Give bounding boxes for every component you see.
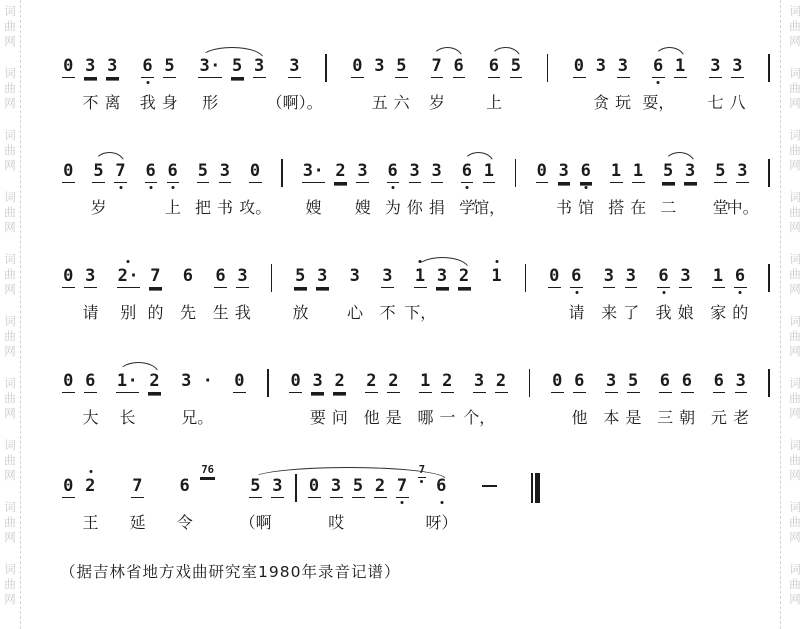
note-digit: 1 [632,161,645,183]
watermark-char: 网 [787,468,803,483]
note-digit: 6 [713,371,726,393]
watermark-char: 曲 [787,267,803,282]
lyric: 哎 [328,514,344,532]
note: 5二 [662,161,675,185]
note-digit: 1 [712,266,725,288]
lyric: 生 [213,304,229,322]
slur-group: 6耍，1 [652,56,687,80]
watermark-char: 曲 [2,19,18,34]
note: 1 [674,56,687,80]
note-group: 5堂3中。 [714,161,749,185]
note-group: 6先 [182,266,195,290]
watermark-char: 曲 [2,143,18,158]
note-digit: 2 [374,476,387,498]
lyric: 捐 [429,199,445,217]
note-digit: 6 [435,476,448,497]
note-group: 5把3书 [197,161,232,185]
lyric: 朝 [679,409,695,427]
note: 7 [114,161,127,185]
lyric: 的 [732,304,748,322]
note: 3来 [603,266,616,290]
note-digit: 6 [84,371,97,393]
note-digit: 3 [736,161,749,183]
watermark-char: 词 [787,376,803,391]
high-octave-dot [495,260,498,263]
note: 2 [495,371,508,395]
note-group: 06请 [548,266,583,290]
note: 6生 [214,266,227,290]
note-digit: 5 [163,56,176,78]
note-digit: 7 [396,476,409,498]
note-digit: 5 [197,161,210,183]
note: 2问 [333,371,346,395]
lyric: 延 [130,514,146,532]
note: 2 [458,266,471,290]
note-group [766,56,772,82]
watermark-char: 网 [2,406,18,421]
note-group [766,266,772,292]
note: 3离 [106,56,119,80]
note-group: 3个，2 [473,371,508,395]
note-digit: 3 [236,266,249,288]
low-octave-dot [391,186,394,189]
note-group: 5放3 [294,266,329,290]
lyric: 形 [202,94,218,112]
note-digit: 6 [659,371,672,393]
note: 3请 [84,266,97,290]
grace-notes: 76 [200,464,215,478]
watermark-gap [787,421,803,438]
lyric: 岁 [429,94,445,112]
grace-note-digits: 76 [200,464,215,478]
rest-note: 0 [62,161,75,185]
note: 3七 [709,56,722,80]
note: 5放 [294,266,307,290]
lyric: 馆 [578,199,594,217]
note-digit: 3 [409,161,422,183]
note: 6请 [570,266,583,290]
note-digit: 1 [414,266,427,288]
note-group: 6我5身 [141,56,176,80]
note: 6 [452,56,465,80]
note-group: 03五5六 [351,56,408,80]
watermark-gap [2,173,18,190]
note-digit: 3 [253,56,266,78]
high-octave-dot [419,260,422,263]
watermark-char: 词 [2,128,18,143]
note-digit: 2 [441,371,454,393]
slur-group: 5二3 [662,161,697,185]
note-digit: 0 [233,371,246,393]
note-group: 6令76 [178,476,215,500]
note: 3·嫂 [302,161,325,185]
note: 3书 [219,161,232,185]
note: 1·长 [116,371,139,395]
slur-group: 1下，32 [414,266,471,290]
watermark-gap [787,545,803,562]
note: 3 [271,476,284,500]
watermark-char: 网 [787,592,803,607]
watermark-char: 曲 [2,329,18,344]
watermark-char: 曲 [2,205,18,220]
note: 6令 [178,476,191,500]
watermark-char: 网 [2,282,18,297]
note-digit: 5 [92,161,105,183]
note: 3了 [625,266,638,290]
system-4: 06大1·长23 ·兄。003要2问2他2是1哪2一3个，206他3本5是6三6… [62,371,772,427]
watermark-char: 词 [787,128,803,143]
note-digit: 5 [510,56,523,78]
barline [325,54,327,82]
note-digit: 7 [114,161,127,183]
note-group: 3 ·兄。 [180,371,214,395]
note-digit: 0 [308,476,321,498]
lyric: 搭 [608,199,624,217]
lyric: 一 [439,409,455,427]
watermark-gap [787,483,803,500]
note-group: 3来3了 [603,266,638,290]
note-digit: 6 [453,56,466,78]
lyric: 上 [486,94,502,112]
low-octave-dot [401,501,404,504]
watermark-char: 曲 [787,515,803,530]
note-digit: 6 [488,56,501,78]
watermark-char: 曲 [787,19,803,34]
note-group: 06大 [62,371,97,395]
note-digit: 3 [349,266,362,287]
watermark-char: 曲 [787,391,803,406]
note: 6朝 [681,371,694,395]
note: 2是 [387,371,400,395]
note-digit: 6 [461,161,474,183]
system-1: 03不3离6我5身3·形533（啊）。03五5六7岁66上503贪3玩6耍，13… [62,56,772,112]
note: 3 [684,161,697,185]
watermark-char: 词 [787,438,803,453]
note-group [279,161,285,187]
note-group: 03书6馆 [536,161,593,185]
note: 3·形 [198,56,221,80]
slur-group: 3·形53 [198,56,265,80]
note-group: 6我3娘 [657,266,692,290]
watermark-char: 词 [787,562,803,577]
low-octave-dot [575,291,578,294]
rest-note: 0攻。 [249,161,262,185]
note-digit: 2 [334,161,347,183]
note-digit: 5 [249,476,262,498]
note: 1在 [632,161,645,185]
sheet-music-page: 词曲网词曲网词曲网词曲网词曲网词曲网词曲网词曲网词曲网词曲网 词曲网词曲网词曲网… [0,0,806,629]
note: 3不 [381,266,394,290]
note-digit: 1 [490,266,503,287]
slur-group: 5岁7 [92,161,127,185]
note-group [482,476,497,487]
note-group [527,371,533,397]
note-digit: 6 [573,371,586,393]
note-digit: 3 [316,266,329,288]
watermark-char: 曲 [787,577,803,592]
note: 1家 [712,266,725,290]
note-digit: 6 [178,476,191,497]
note-digit: 6 [570,266,583,288]
rest-note: 0 [62,371,75,395]
barline [281,159,283,187]
low-octave-dot [585,186,588,189]
note: 1哪 [419,371,432,395]
note: 6馆 [580,161,593,185]
slur-group: 5（啊303哎52776呀） [249,476,448,502]
barline [525,264,527,292]
lyric: 岁 [91,199,107,217]
note-group [523,266,529,292]
note-digit: 5 [231,56,244,78]
lyric: 请 [569,304,585,322]
watermark-gap [787,49,803,66]
note-digit: 3 [271,476,284,498]
barline [768,369,770,397]
note-digit: 3 [558,161,571,183]
note-digit: 3· [302,161,325,183]
lyric: 书 [217,199,233,217]
watermark-char: 词 [2,252,18,267]
note-digit: 3 [603,266,616,288]
lyric: 耍， [642,94,674,112]
note: 2王 [84,476,97,500]
note: 3 [436,266,449,290]
rest-note: 0 [308,476,321,500]
note: 3心 [349,266,362,290]
note-digit: 5 [352,476,365,498]
lyric: 问 [332,409,348,427]
note: 5堂 [714,161,727,185]
lyric: 嫂 [355,199,371,217]
note: 3 [316,266,329,290]
lyric: （啊 [240,514,272,532]
note-digit: 2· [117,266,140,288]
watermark-char: 网 [2,34,18,49]
lyric: 是 [625,409,641,427]
watermark-char: 词 [2,4,18,19]
lyric: 二 [660,199,676,217]
watermark-gap [787,111,803,128]
note-digit: 5 [627,371,640,393]
note: 6的 [734,266,747,290]
lyric: 我 [235,304,251,322]
barline [267,369,269,397]
note-group: 03贪3玩 [573,56,630,80]
note: 3（啊）。 [288,56,301,80]
rest-note: 0 [62,56,75,80]
note: 6我 [141,56,154,80]
lyric: 请 [82,304,98,322]
left-dashed-border [20,0,21,629]
note-group: 3·嫂23嫂 [302,161,369,185]
note-group: 2·别7的 [117,266,162,290]
rest-note: 0 [536,161,549,185]
note-digit: 1 [419,371,432,393]
low-octave-dot [662,291,665,294]
lyric: 来 [601,304,617,322]
barline [547,54,549,82]
note: 6三 [659,371,672,395]
rest-note: 0 [548,266,561,290]
system-5: 02王7延6令765（啊303哎52776呀） [62,476,540,532]
rest-note: 0 [551,371,564,395]
low-octave-dot [440,501,443,504]
note: 5 [510,56,523,80]
watermark-char: 网 [787,530,803,545]
note-digit: 3 [595,56,608,77]
note-group: 6元3老 [712,371,747,395]
note: 2 [334,161,347,185]
note: 2他 [365,371,378,395]
lyric: 他 [572,409,588,427]
note-digit: 2 [495,371,508,393]
note-digit: 2 [333,371,346,393]
lyric: 五 [372,94,388,112]
lyric: 不 [380,304,396,322]
lyric: 玩 [615,94,631,112]
lyric: 你 [407,199,423,217]
note-group: 1 [490,266,503,290]
watermark-char: 网 [2,530,18,545]
note-digit: 0 [62,476,75,498]
lyric: 老 [733,409,749,427]
note-group: 7延 [131,476,144,500]
note-digit: 3 [625,266,638,288]
watermark-char: 曲 [787,205,803,220]
note: 6为 [386,161,399,185]
lyric: 娘 [678,304,694,322]
watermark-char: 词 [787,190,803,205]
lyric: 长 [120,409,136,427]
watermark-char: 词 [2,500,18,515]
note: 2 [148,371,161,395]
lyric: 元 [711,409,727,427]
note-group: 6三6朝 [659,371,694,395]
note-digit: 6 [652,56,665,78]
note: 2一 [441,371,454,395]
note: 7岁 [430,56,443,80]
note: 3个， [473,371,486,395]
note-digit: 6 [167,161,180,183]
barline [768,54,770,82]
rest-note: 0 [62,266,75,290]
watermark-gap [2,421,18,438]
note-group [766,371,772,397]
note-digit: 3 [473,371,486,393]
note-group: 3不 [381,266,394,290]
note-digit: 1· [116,371,139,393]
note: 3娘 [679,266,692,290]
low-octave-dot [466,186,469,189]
watermark-gap [2,545,18,562]
note: 3要 [311,371,324,395]
watermark-char: 曲 [787,329,803,344]
note-digit: 3 [605,371,618,393]
note-group: 66上 [144,161,179,185]
note-digit: 5 [662,161,675,183]
final-barline [531,473,540,503]
note: 3书 [558,161,571,185]
note: 1搭 [610,161,623,185]
lyric: 我 [140,94,156,112]
note: 2·别 [117,266,140,290]
note-digit: 3 [731,56,744,78]
slur-group: 1·长2 [116,371,161,395]
note: 5 [352,476,365,500]
note-digit: 3 [288,56,301,78]
note-digit: 3 · [180,371,214,392]
note-digit: 5 [714,161,727,183]
note: 6元 [712,371,725,395]
note: 6大 [84,371,97,395]
grace-notes: 7 [418,464,426,483]
note: 3老 [734,371,747,395]
note-group [513,161,519,187]
watermark-gap [787,607,803,624]
watermark-char: 曲 [2,391,18,406]
rest-note: 0 [233,371,246,395]
note-digit: 3 [219,161,232,183]
watermark-char: 网 [2,592,18,607]
watermark-char: 网 [2,468,18,483]
note-digit: 6 [214,266,227,288]
note-digit: 0 [62,56,75,78]
lyric: 个， [463,409,495,427]
note-digit: 6 [580,161,593,183]
note-digit: 3 [709,56,722,78]
watermark-char: 曲 [2,577,18,592]
note-group: 06他 [551,371,586,395]
watermark-char: 网 [2,96,18,111]
note: 3嫂 [356,161,369,185]
note-digit: 3 [684,161,697,183]
note-digit: 3· [198,56,221,78]
watermark-char: 曲 [787,143,803,158]
note-digit: 6 [182,266,195,287]
note: 6先 [182,266,195,290]
note: 1 [490,266,503,290]
barline [271,264,273,292]
rest-note: 0 [62,476,75,500]
watermark-char: 网 [787,158,803,173]
high-octave-dot [127,260,130,263]
note-group: 02王 [62,476,97,500]
watermark-gap [787,173,803,190]
note-group: 2他2是 [365,371,400,395]
watermark-char: 网 [2,344,18,359]
barline [768,159,770,187]
watermark-char: 网 [787,406,803,421]
lyric: 的 [148,304,164,322]
watermark-char: 词 [2,66,18,81]
lyric: 别 [120,304,136,322]
watermark-char: 网 [787,282,803,297]
low-octave-dot [146,81,149,84]
note-digit: 2 [458,266,471,288]
note: 3你 [408,161,421,185]
watermark-gap [2,607,18,624]
lyric: 把 [195,199,211,217]
note-digit: 7 [131,476,144,498]
note-digit: 0 [289,371,302,393]
low-octave-dot [739,291,742,294]
note-group: 0 [62,161,75,185]
watermark-char: 词 [787,314,803,329]
watermark-char: 网 [787,344,803,359]
note-digit: 3 [735,371,748,393]
note-group: 1家6的 [712,266,747,290]
